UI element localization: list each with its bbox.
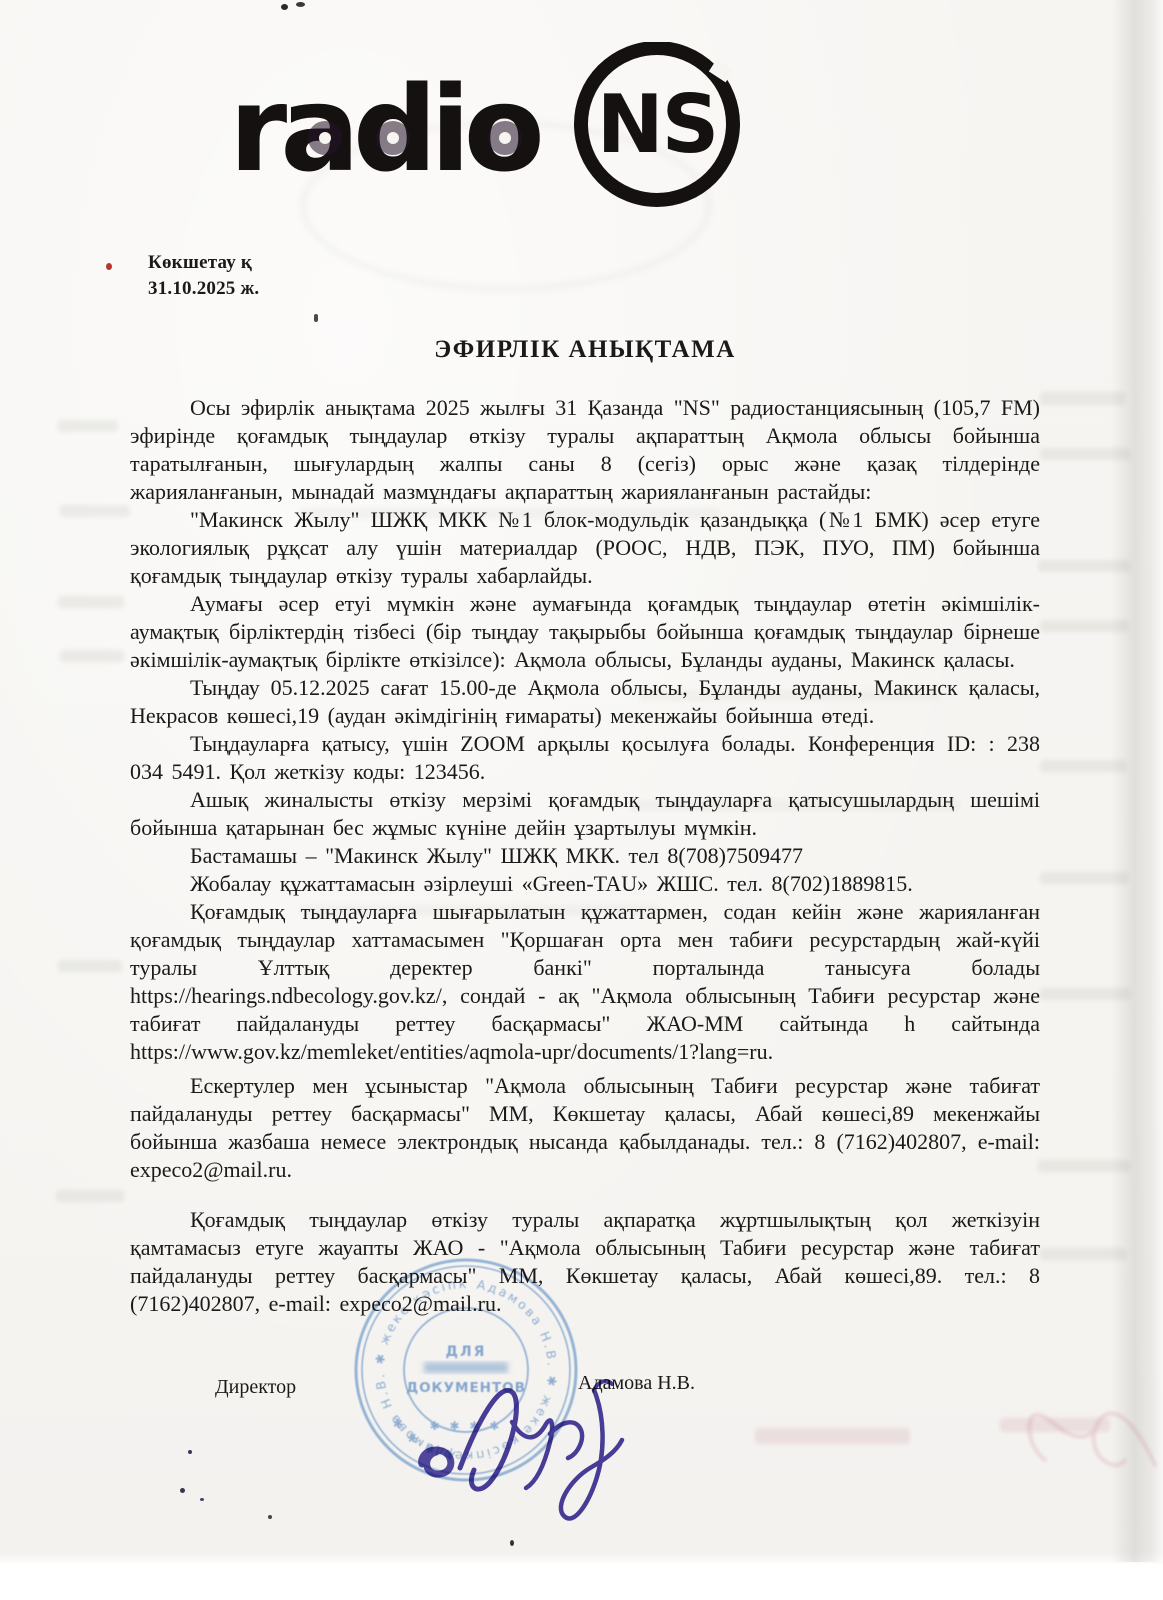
page-title: ЭФИРЛІК АНЫҚТАМА <box>130 336 1040 364</box>
body-text: Осы эфирлік анықтама 2025 жылғы 31 Қазан… <box>130 394 1040 1318</box>
letter-content: radio NS Көкшетау қ 31.10.2025 ж. ЭФИРЛІ… <box>0 42 1163 1410</box>
date-line: 31.10.2025 ж. <box>148 276 1040 302</box>
scan-speck <box>188 1450 192 1454</box>
vinyl-dot <box>319 132 331 144</box>
paragraph: Ашық жиналысты өткізу мерзімі қоғамдық т… <box>130 786 1040 842</box>
handwritten-signature <box>408 1330 698 1570</box>
logo-badge: NS <box>597 78 718 171</box>
paragraph: Тыңдауларға қатысу, үшін ZOOM арқылы қос… <box>130 730 1040 786</box>
paragraph: Ескертулер мен ұсыныстар "Ақмола облысын… <box>130 1072 1040 1184</box>
paragraph: Осы эфирлік анықтама 2025 жылғы 31 Қазан… <box>130 394 1040 506</box>
bleed-through-name <box>755 1428 910 1444</box>
scan-speck <box>268 1515 272 1519</box>
radio-ns-logo: radio NS <box>233 42 778 214</box>
place-date-block: Көкшетау қ 31.10.2025 ж. <box>148 250 1040 302</box>
scan-speck <box>281 4 288 10</box>
paragraph: Аумағы әсер етуі мүмкін және аумағында қ… <box>130 590 1040 674</box>
vinyl-dot <box>387 132 399 144</box>
paragraph: Жобалау құжаттамасын әзірлеуші «Green-TA… <box>130 870 1040 898</box>
paragraph: Тыңдау 05.12.2025 сағат 15.00-де Ақмола … <box>130 674 1040 730</box>
scan-speck <box>180 1488 185 1493</box>
radio-ns-logo-svg: radio NS <box>233 42 778 214</box>
city-line: Көкшетау қ <box>148 250 1040 276</box>
scanned-page: radio NS Көкшетау қ 31.10.2025 ж. ЭФИРЛІ… <box>0 0 1163 1600</box>
paragraph: Бастамашы – "Макинск Жылу" ШЖҚ МКК. тел … <box>130 842 1040 870</box>
paragraph: Қоғамдық тыңдауларға шығарылатын құжатта… <box>130 898 1040 1066</box>
signer-role: Директор <box>215 1376 296 1399</box>
scan-speck <box>200 1498 204 1501</box>
paragraph: "Макинск Жылу" ШЖҚ МКК №1 блок-модульдік… <box>130 506 1040 590</box>
scan-speck <box>510 1540 514 1546</box>
vinyl-dot <box>499 132 511 144</box>
red-speck <box>106 263 112 270</box>
scan-speck <box>314 314 318 322</box>
scan-speck <box>296 2 305 7</box>
